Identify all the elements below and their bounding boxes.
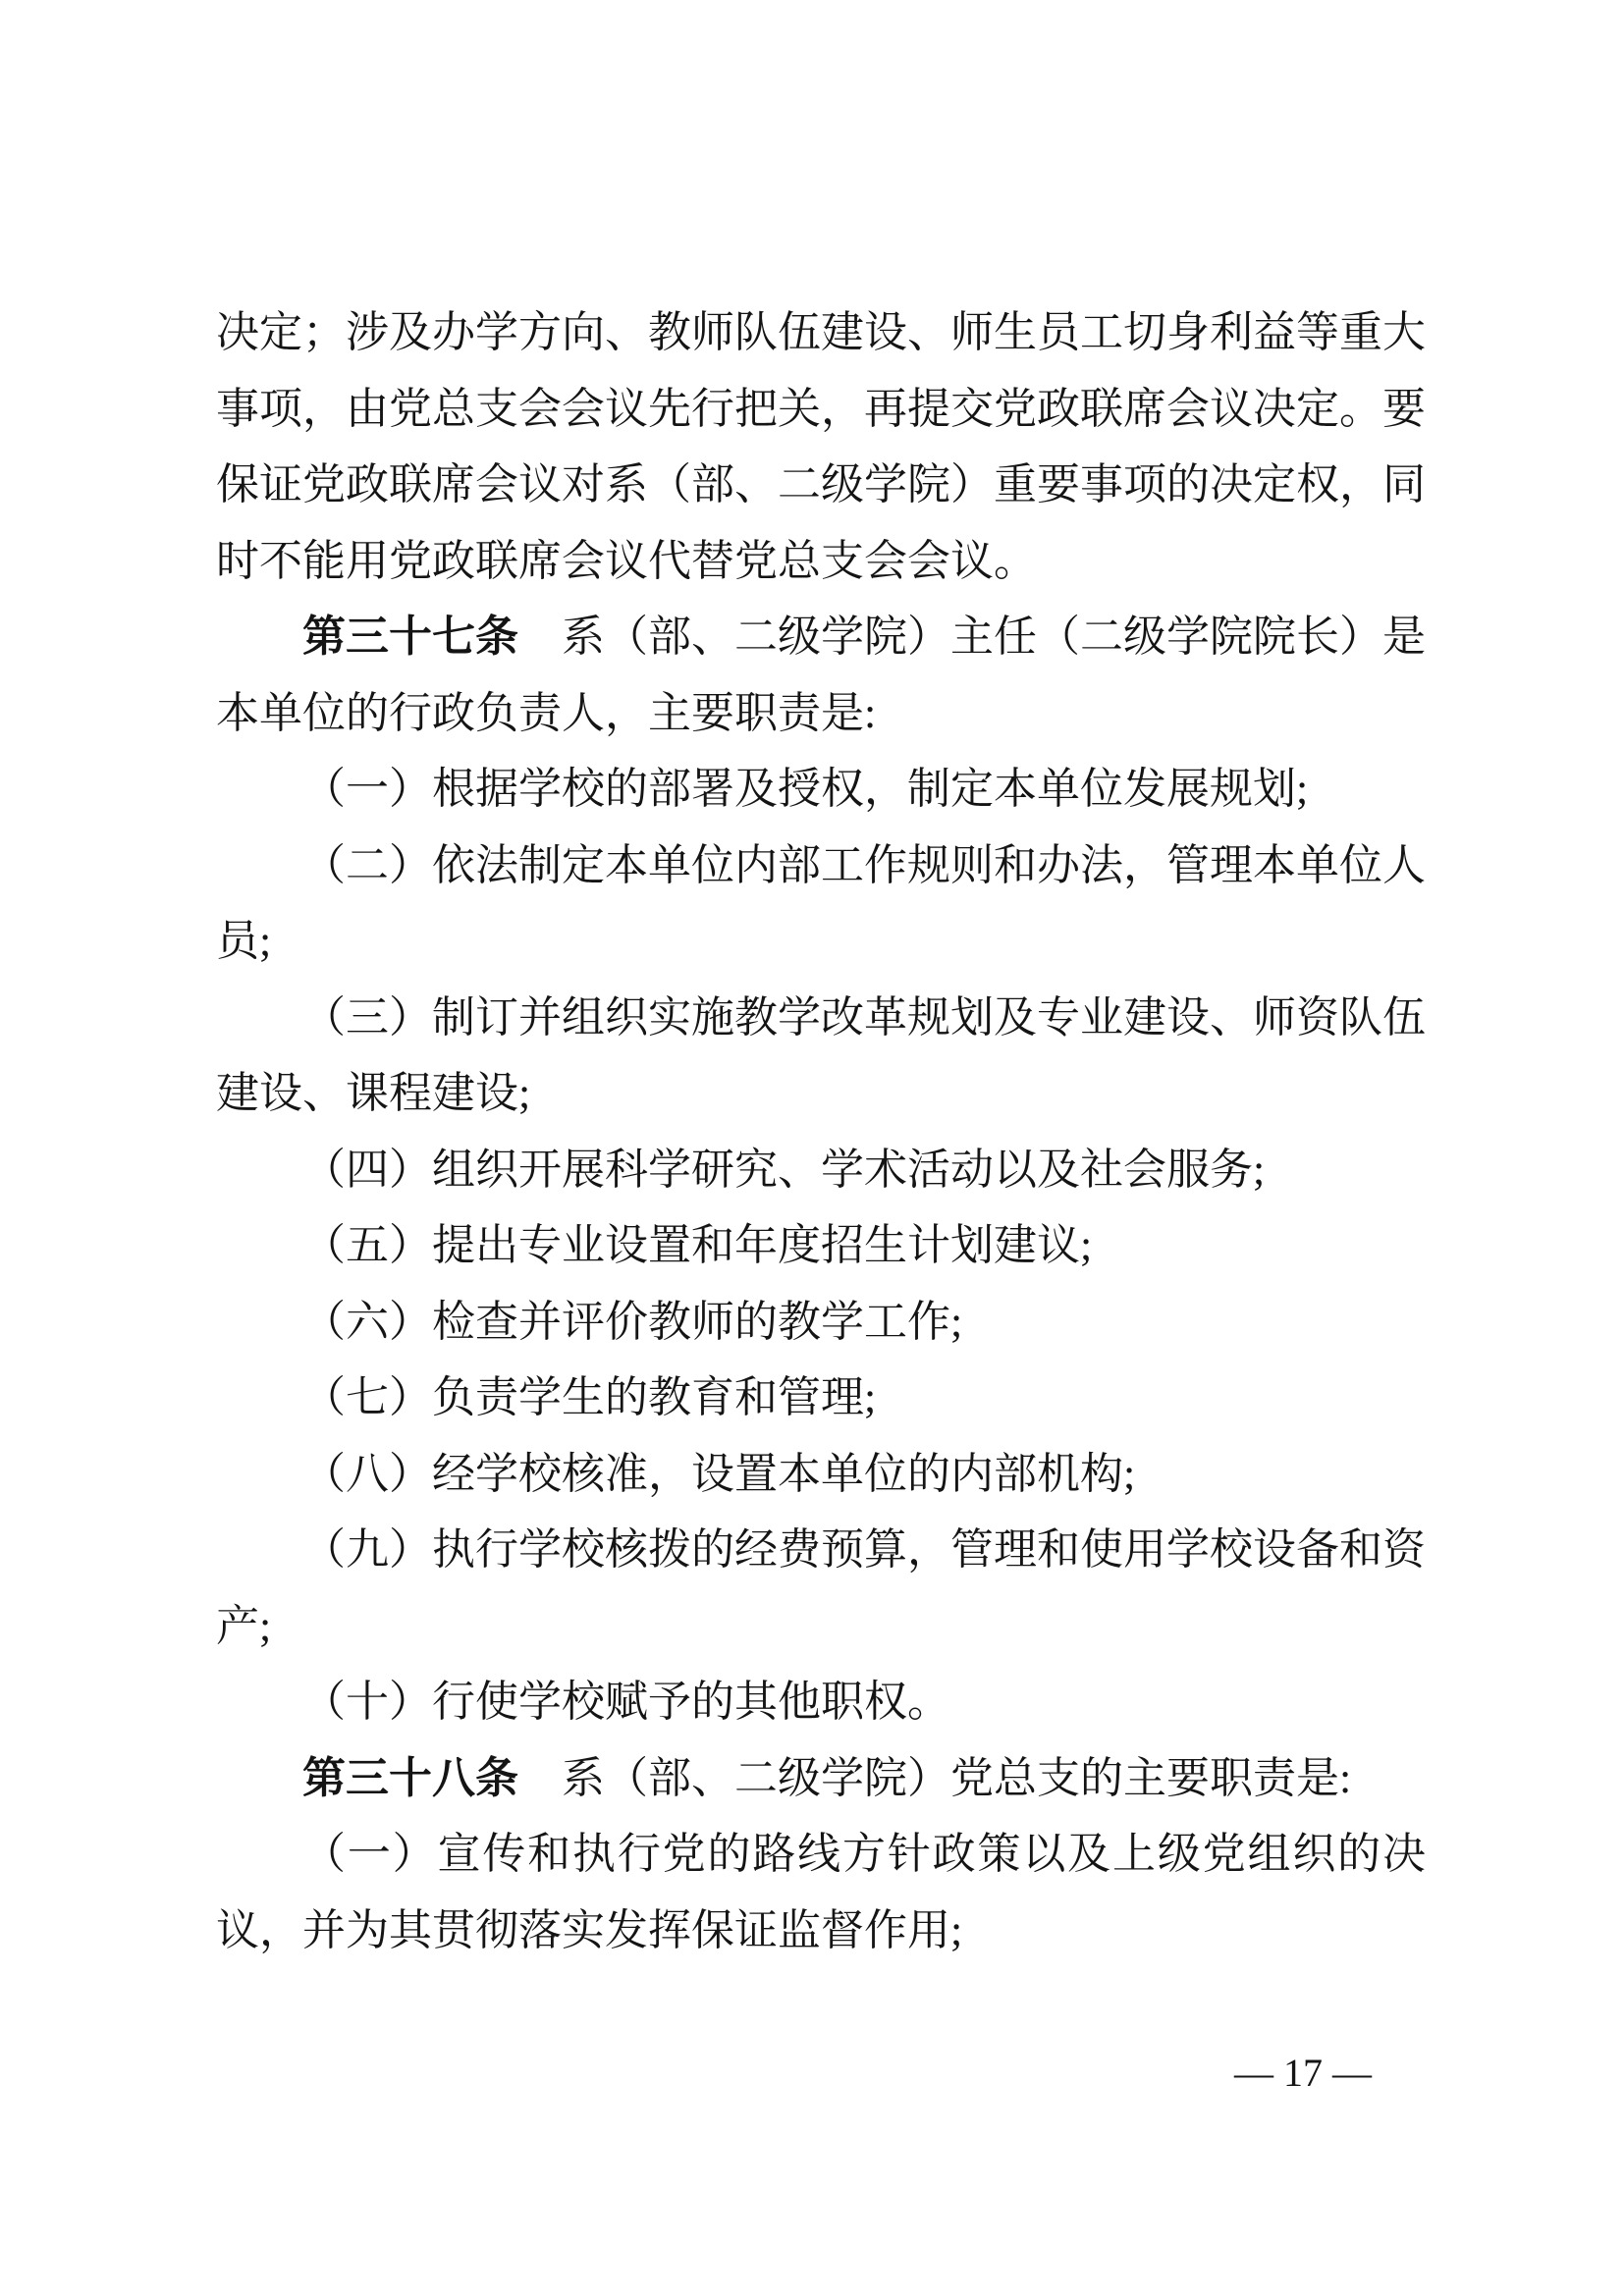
text-line: （四）组织开展科学研究、学术活动以及社会服务;	[216, 1132, 1426, 1208]
text-line: 保证党政联席会议对系（部、二级学院）重要事项的决定权，同	[216, 447, 1426, 523]
article-number: 第三十八条	[302, 1754, 518, 1802]
document-page: 决定；涉及办学方向、教师队伍建设、师生员工切身利益等重大事项，由党总支会会议先行…	[0, 0, 1624, 2296]
text-line: 建设、课程建设;	[216, 1055, 1426, 1132]
text-line: 员;	[216, 903, 1426, 980]
text-line: （一）宣传和执行党的路线方针政策以及上级党组织的决	[216, 1816, 1426, 1893]
text-line: （五）提出专业设置和年度招生计划建议;	[216, 1207, 1426, 1284]
text-line: （三）制订并组织实施教学改革规划及专业建设、师资队伍	[216, 980, 1426, 1056]
page-number: — 17 —	[1210, 2044, 1396, 2103]
text-line: （九）执行学校核拨的经费预算，管理和使用学校设备和资	[216, 1512, 1426, 1588]
text-line: 时不能用党政联席会议代替党总支会会议。	[216, 523, 1426, 600]
text-line: （八）经学校核准，设置本单位的内部机构;	[216, 1436, 1426, 1513]
text-line: 第三十七条 系（部、二级学院）主任（二级学院院长）是	[216, 599, 1426, 675]
text-line: 产;	[216, 1588, 1426, 1665]
article-number: 第三十七条	[302, 613, 518, 661]
text-line: （六）检查并评价教师的教学工作;	[216, 1284, 1426, 1361]
text-line: （二）依法制定本单位内部工作规则和办法，管理本单位人	[216, 828, 1426, 904]
text-line: 事项，由党总支会会议先行把关，再提交党政联席会议决定。要	[216, 371, 1426, 448]
document-body: 决定；涉及办学方向、教师队伍建设、师生员工切身利益等重大事项，由党总支会会议先行…	[216, 294, 1426, 1968]
text-line: （一）根据学校的部署及授权，制定本单位发展规划;	[216, 751, 1426, 828]
text-line: 议，并为其贯彻落实发挥保证监督作用;	[216, 1893, 1426, 1969]
text-line: （七）负责学生的教育和管理;	[216, 1360, 1426, 1436]
text-line: （十）行使学校赋予的其他职权。	[216, 1664, 1426, 1740]
text-line: 本单位的行政负责人，主要职责是:	[216, 675, 1426, 752]
text-line: 决定；涉及办学方向、教师队伍建设、师生员工切身利益等重大	[216, 294, 1426, 371]
text-line: 第三十八条 系（部、二级学院）党总支的主要职责是:	[216, 1740, 1426, 1817]
